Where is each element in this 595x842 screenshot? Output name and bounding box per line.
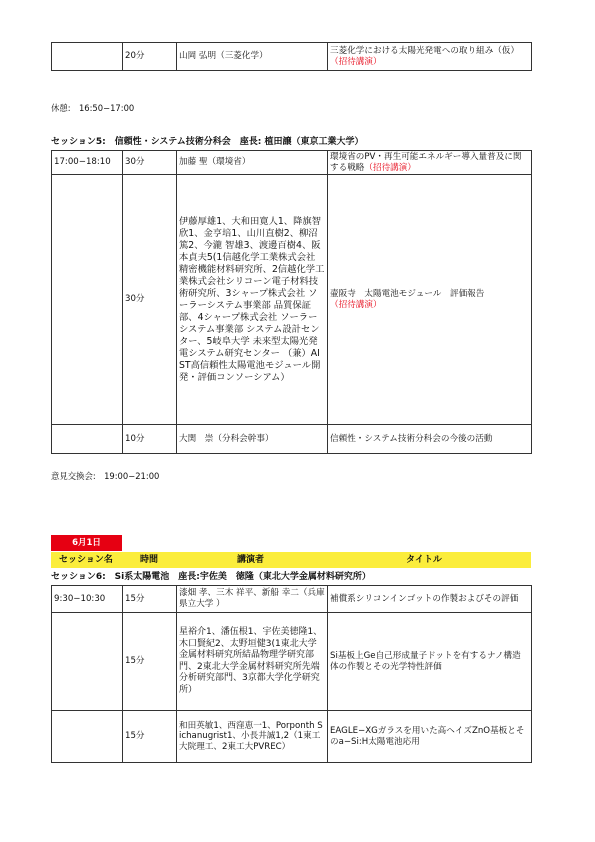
table-row: 15分 星裕介1、潘伍根1、宇佐美徳隆1、木口賢紀2、太野垣健3(1東北大学金属… xyxy=(52,613,532,711)
column-header-speaker: 講演者 xyxy=(237,552,264,568)
session4-table-continued: 20分 山岡 弘明（三菱化学） 三菱化学における太陽光発電への取り組み（仮）（招… xyxy=(51,42,532,71)
session6-table: 9:30−10:30 15分 漆畑 孝、三木 祥平、新船 幸二（兵庫県立大学 ）… xyxy=(51,585,532,763)
table-row: 9:30−10:30 15分 漆畑 孝、三木 祥平、新船 幸二（兵庫県立大学 ）… xyxy=(52,586,532,613)
duration-cell: 30分 xyxy=(123,175,177,425)
time-cell: 9:30−10:30 xyxy=(52,586,123,613)
reception-note: 意見交換会: 19:00−21:00 xyxy=(51,471,159,481)
time-cell xyxy=(52,613,123,711)
invited-label: （招待講演） xyxy=(364,163,416,173)
duration-cell: 30分 xyxy=(123,151,177,175)
column-header-session: セッション名 xyxy=(59,552,113,568)
time-cell: 17:00−18:10 xyxy=(52,151,123,175)
speaker-cell: 和田英敏1、西窪恵一1、Porponth Sichanugrist1、小長井誠1… xyxy=(177,711,328,763)
speaker-cell: 山岡 弘明（三菱化学） xyxy=(177,43,328,71)
title-cell: 環境省のPV・再生可能エネルギー導入量普及に関する戦略（招待講演） xyxy=(328,151,532,175)
time-cell xyxy=(52,711,123,763)
invited-label: （招待講演） xyxy=(330,57,382,67)
speaker-cell: 加藤 聖（環境省） xyxy=(177,151,328,175)
time-cell xyxy=(52,43,123,71)
speaker-cell: 漆畑 孝、三木 祥平、新船 幸二（兵庫県立大学 ） xyxy=(177,586,328,613)
table-row: 17:00−18:10 30分 加藤 聖（環境省） 環境省のPV・再生可能エネル… xyxy=(52,151,532,175)
speaker-cell: 星裕介1、潘伍根1、宇佐美徳隆1、木口賢紀2、太野垣健3(1東北大学金属材料研究… xyxy=(177,613,328,711)
title-cell: 信頼性・システム技術分科会の今後の活動 xyxy=(328,425,532,454)
column-header-bar: セッション名 時間 講演者 タイトル xyxy=(51,552,531,568)
column-header-title: タイトル xyxy=(406,552,442,568)
break-note: 休憩: 16:50−17:00 xyxy=(51,103,134,113)
title-cell: 三菱化学における太陽光発電への取り組み（仮）（招待講演） xyxy=(328,43,532,71)
duration-cell: 20分 xyxy=(123,43,177,71)
duration-cell: 15分 xyxy=(123,711,177,763)
title-cell: Si基板上Ge自己形成量子ドットを有するナノ構造体の作製とその光学特性評価 xyxy=(328,613,532,711)
duration-cell: 15分 xyxy=(123,586,177,613)
table-row: 10分 大関 崇（分科会幹事） 信頼性・システム技術分科会の今後の活動 xyxy=(52,425,532,454)
column-header-time: 時間 xyxy=(140,552,158,568)
speaker-cell: 伊藤厚雄1、大和田寛人1、降旗智欣1、金亨培1、山川直樹2、柳沼篤2、今瀧 智雄… xyxy=(177,175,328,425)
date-badge: 6月1日 xyxy=(51,535,122,551)
session6-header: セッション6: Si系太陽電池 座長:宇佐美 徳隆（東北大学金属材料研究所） xyxy=(51,572,371,583)
title-cell: 壷阪寺 太陽電池モジュール 評価報告（招待講演） xyxy=(328,175,532,425)
duration-cell: 10分 xyxy=(123,425,177,454)
talk-title: 環境省のPV・再生可能エネルギー導入量普及に関する戦略 xyxy=(330,152,522,173)
title-cell: 補償系シリコンインゴットの作製およびその評価 xyxy=(328,586,532,613)
talk-title: 壷阪寺 太陽電池モジュール 評価報告 xyxy=(330,289,484,299)
table-row: 15分 和田英敏1、西窪恵一1、Porponth Sichanugrist1、小… xyxy=(52,711,532,763)
title-cell: EAGLE−XGガラスを用いた高ヘイズZnO基板とそのa−Si:H太陽電池応用 xyxy=(328,711,532,763)
talk-title: 三菱化学における太陽光発電への取り組み（仮） xyxy=(330,46,519,56)
session5-table: 17:00−18:10 30分 加藤 聖（環境省） 環境省のPV・再生可能エネル… xyxy=(51,150,532,454)
table-row: 20分 山岡 弘明（三菱化学） 三菱化学における太陽光発電への取り組み（仮）（招… xyxy=(52,43,532,71)
speaker-cell: 大関 崇（分科会幹事） xyxy=(177,425,328,454)
time-cell xyxy=(52,175,123,425)
session5-header: セッション5: 信頼性・システム技術分科会 座長: 植田譲（東京工業大学） xyxy=(51,137,364,148)
duration-cell: 15分 xyxy=(123,613,177,711)
invited-label: （招待講演） xyxy=(330,300,382,310)
time-cell xyxy=(52,425,123,454)
table-row: 30分 伊藤厚雄1、大和田寛人1、降旗智欣1、金亨培1、山川直樹2、柳沼篤2、今… xyxy=(52,175,532,425)
